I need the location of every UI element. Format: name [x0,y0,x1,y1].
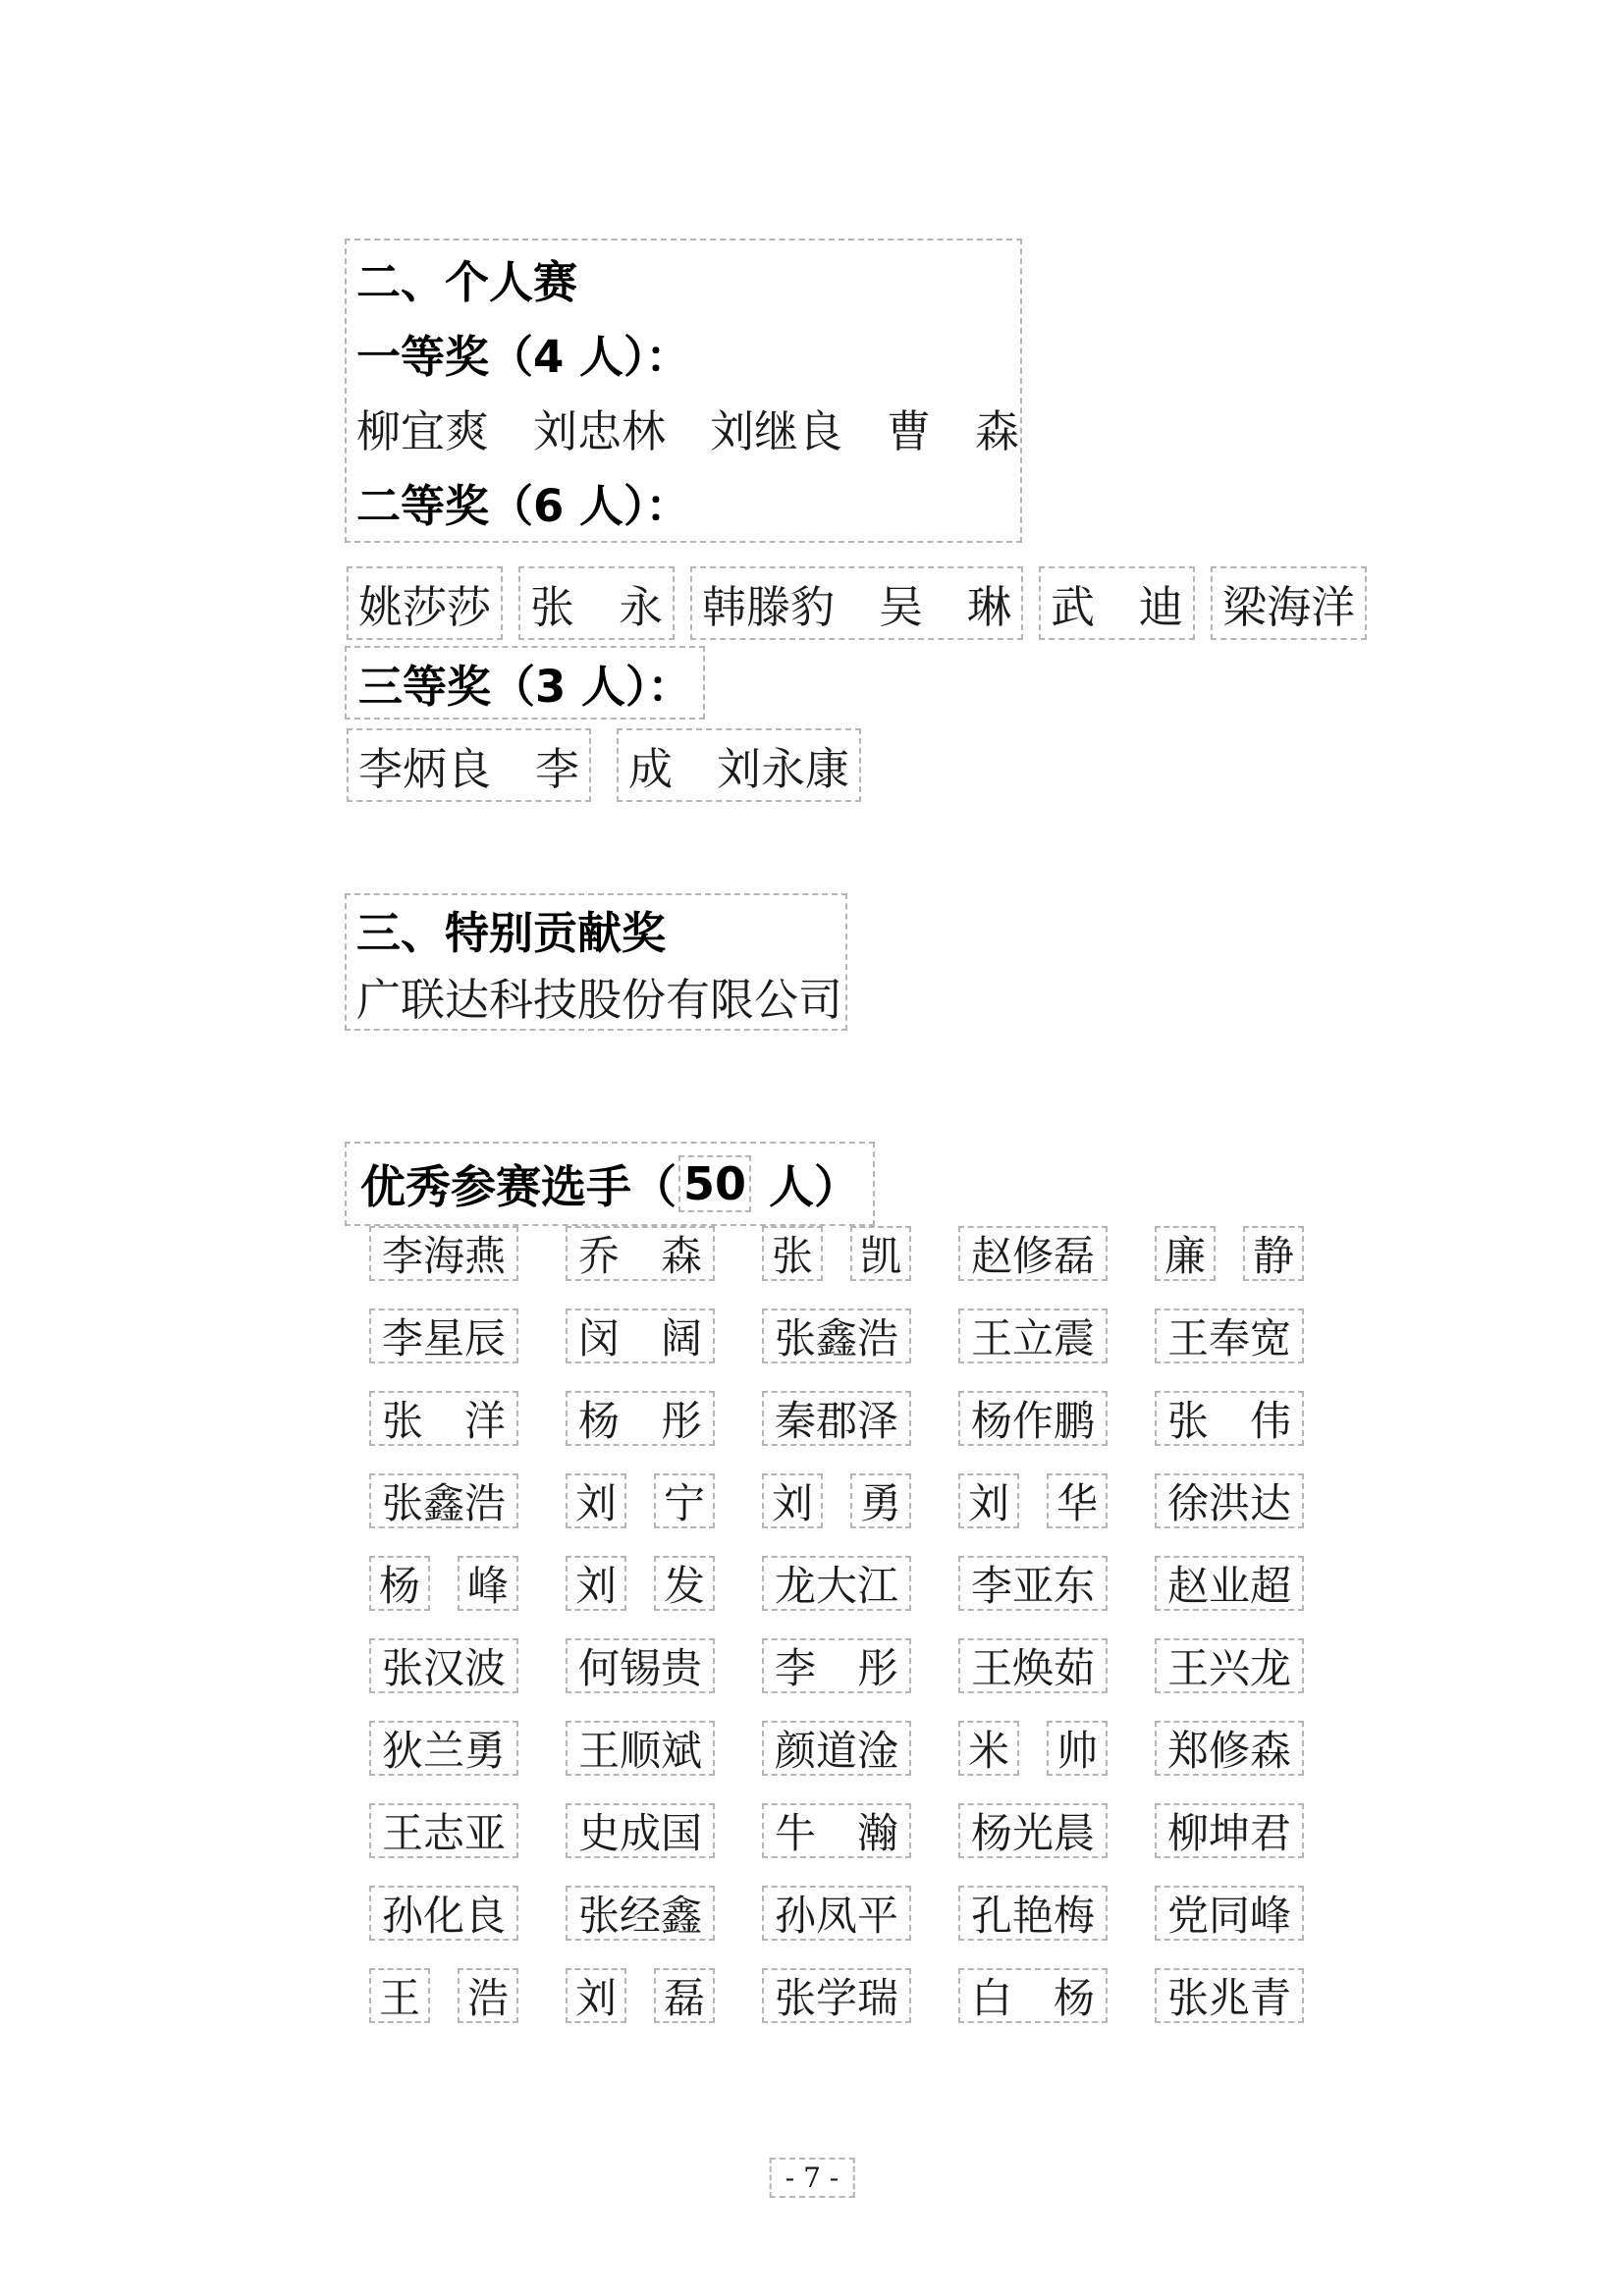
player-name: 刘 [762,1473,823,1528]
player-name: 张 伟 [1155,1391,1304,1446]
second-prize-name: 张 永 [518,566,675,640]
player-name-cell: 柳坤君 [1155,1803,1304,1858]
player-name: 史成国 [566,1803,715,1858]
player-name-cell: 孔艳梅 [958,1886,1108,1941]
player-name-cell: 徐洪达 [1155,1473,1304,1528]
player-name-cell: 王兴龙 [1155,1638,1304,1693]
player-name-cell: 张鑫浩 [369,1473,518,1528]
player-name-cell: 张鑫浩 [762,1308,911,1363]
first-prize-name: 刘继良 [710,396,842,459]
player-name: 华 [1047,1473,1108,1528]
player-name-cell: 狄兰勇 [369,1721,518,1776]
player-name: 张汉波 [369,1638,518,1693]
individual-section-title: 二、个人赛 [347,240,1020,315]
first-prize-name: 曹 森 [887,396,1019,459]
player-name-cell: 杨峰 [369,1556,518,1611]
first-prize-names-row: 柳宜爽刘忠林刘继良曹 森 [347,390,1020,464]
player-name: 孙化良 [369,1886,518,1941]
player-name: 浩 [458,1968,518,2023]
excellent-title-prefix: 优秀参赛选手（ [360,1151,677,1216]
player-name: 张兆青 [1155,1968,1304,2023]
player-name: 孙凤平 [762,1886,911,1941]
player-name-cell: 何锡贵 [566,1638,715,1693]
player-name-cell: 王顺斌 [566,1721,715,1776]
third-prize-label: 三等奖（3 人）： [345,646,705,720]
player-name-cell: 赵业超 [1155,1556,1304,1611]
player-name: 王志亚 [369,1803,518,1858]
player-name: 张 洋 [369,1391,518,1446]
player-name: 张 [762,1226,823,1281]
second-prize-names-row: 姚莎莎张 永韩滕豹 吴 琳武 迪梁海洋 [347,566,1367,640]
player-name: 张鑫浩 [369,1473,518,1528]
player-name: 张学瑞 [762,1968,911,2023]
player-name: 徐洪达 [1155,1473,1304,1528]
third-prize-names-row: 李炳良 李成 刘永康 [347,728,861,802]
player-name-cell: 史成国 [566,1803,715,1858]
player-name: 杨 彤 [566,1391,715,1446]
player-name: 杨光晨 [958,1803,1108,1858]
player-name: 李星辰 [369,1308,518,1363]
player-name: 王兴龙 [1155,1638,1304,1693]
second-prize-name: 韩滕豹 吴 琳 [690,566,1023,640]
player-name: 赵业超 [1155,1556,1304,1611]
third-prize-name: 李炳良 李 [347,728,591,802]
player-name: 何锡贵 [566,1638,715,1693]
player-name: 李 彤 [762,1638,911,1693]
first-prize-name: 柳宜爽 [356,396,489,459]
player-name: 闵 阔 [566,1308,715,1363]
player-name-cell: 王志亚 [369,1803,518,1858]
player-name: 乔 森 [566,1226,715,1281]
player-name-cell: 李亚东 [958,1556,1108,1611]
second-prize-name: 梁海洋 [1211,566,1367,640]
player-name: 李海燕 [369,1226,518,1281]
player-name: 杨 [369,1556,430,1611]
player-name-cell: 刘磊 [566,1968,715,2023]
player-name-cell: 王立震 [958,1308,1108,1363]
player-name-cell: 张汉波 [369,1638,518,1693]
special-award-section: 三、特别贡献奖 广联达科技股份有限公司 [345,893,847,1031]
player-name: 宁 [654,1473,715,1528]
player-name-cell: 张经鑫 [566,1886,715,1941]
player-name-cell: 郑修森 [1155,1721,1304,1776]
player-name: 牛 瀚 [762,1803,911,1858]
individual-awards-section: 二、个人赛 一等奖（4 人）： 柳宜爽刘忠林刘继良曹 森 二等奖（6 人）： [345,239,1022,543]
player-name-cell: 李 彤 [762,1638,911,1693]
player-name-cell: 张学瑞 [762,1968,911,2023]
excellent-players-count: 50 [678,1155,751,1212]
player-name-cell: 乔 森 [566,1226,715,1281]
player-name-cell: 牛 瀚 [762,1803,911,1858]
player-name: 峰 [458,1556,518,1611]
player-name: 党同峰 [1155,1886,1304,1941]
player-name: 秦郡泽 [762,1391,911,1446]
player-name-cell: 杨 彤 [566,1391,715,1446]
player-name-cell: 王奉宽 [1155,1308,1304,1363]
player-name-cell: 秦郡泽 [762,1391,911,1446]
player-name-cell: 孙凤平 [762,1886,911,1941]
player-name: 孔艳梅 [958,1886,1108,1941]
player-name-cell: 米帅 [958,1721,1108,1776]
page-number: - 7 - [770,2158,855,2198]
player-name: 王焕茹 [958,1638,1108,1693]
player-name: 凯 [850,1226,911,1281]
player-name-cell: 王焕茹 [958,1638,1108,1693]
player-name-cell: 刘发 [566,1556,715,1611]
player-name-cell: 刘宁 [566,1473,715,1528]
player-name: 柳坤君 [1155,1803,1304,1858]
player-name: 勇 [850,1473,911,1528]
player-name-cell: 廉静 [1155,1226,1304,1281]
player-name: 狄兰勇 [369,1721,518,1776]
special-award-title: 三、特别贡献奖 [347,895,845,962]
excellent-players-title: 优秀参赛选手（50 人） [345,1142,875,1226]
second-prize-name: 武 迪 [1039,566,1195,640]
excellent-title-suffix: 人） [753,1151,859,1216]
excellent-players-grid: 李海燕乔 森张凯赵修磊廉静李星辰闵 阔张鑫浩王立震王奉宽张 洋杨 彤秦郡泽杨作鹏… [369,1226,1312,2027]
player-name-cell: 刘华 [958,1473,1108,1528]
document-page: 二、个人赛 一等奖（4 人）： 柳宜爽刘忠林刘继良曹 森 二等奖（6 人）： 姚… [0,0,1624,2296]
player-name: 李亚东 [958,1556,1108,1611]
player-name-cell: 杨光晨 [958,1803,1108,1858]
player-name: 白 杨 [958,1968,1108,2023]
player-name-cell: 颜道淦 [762,1721,911,1776]
player-name-cell: 李海燕 [369,1226,518,1281]
player-name-cell: 龙大江 [762,1556,911,1611]
player-name-cell: 杨作鹏 [958,1391,1108,1446]
second-prize-label: 二等奖（6 人）： [347,464,1020,539]
player-name-cell: 张兆青 [1155,1968,1304,2023]
player-name: 龙大江 [762,1556,911,1611]
player-name-cell: 王浩 [369,1968,518,2023]
player-name: 王奉宽 [1155,1308,1304,1363]
player-name: 赵修磊 [958,1226,1108,1281]
player-name-cell: 闵 阔 [566,1308,715,1363]
first-prize-label: 一等奖（4 人）： [347,315,1020,390]
player-name-cell: 张 洋 [369,1391,518,1446]
player-name: 刘 [566,1556,626,1611]
player-name: 刘 [566,1473,626,1528]
player-name: 磊 [654,1968,715,2023]
player-name-cell: 白 杨 [958,1968,1108,2023]
third-prize-name: 成 刘永康 [617,728,861,802]
player-name: 张经鑫 [566,1886,715,1941]
player-name-cell: 张凯 [762,1226,911,1281]
player-name-cell: 刘勇 [762,1473,911,1528]
player-name: 颜道淦 [762,1721,911,1776]
player-name: 帅 [1047,1721,1108,1776]
player-name-cell: 赵修磊 [958,1226,1108,1281]
second-prize-name: 姚莎莎 [347,566,503,640]
player-name: 张鑫浩 [762,1308,911,1363]
player-name: 发 [654,1556,715,1611]
player-name: 王立震 [958,1308,1108,1363]
player-name: 王顺斌 [566,1721,715,1776]
player-name: 米 [958,1721,1019,1776]
player-name-cell: 李星辰 [369,1308,518,1363]
player-name: 刘 [958,1473,1019,1528]
player-name-cell: 张 伟 [1155,1391,1304,1446]
player-name: 郑修森 [1155,1721,1304,1776]
special-award-recipient: 广联达科技股份有限公司 [347,962,845,1029]
player-name: 刘 [566,1968,626,2023]
player-name: 杨作鹏 [958,1391,1108,1446]
first-prize-name: 刘忠林 [533,396,666,459]
player-name: 王 [369,1968,430,2023]
player-name: 廉 [1155,1226,1216,1281]
player-name: 静 [1243,1226,1304,1281]
player-name-cell: 党同峰 [1155,1886,1304,1941]
player-name-cell: 孙化良 [369,1886,518,1941]
